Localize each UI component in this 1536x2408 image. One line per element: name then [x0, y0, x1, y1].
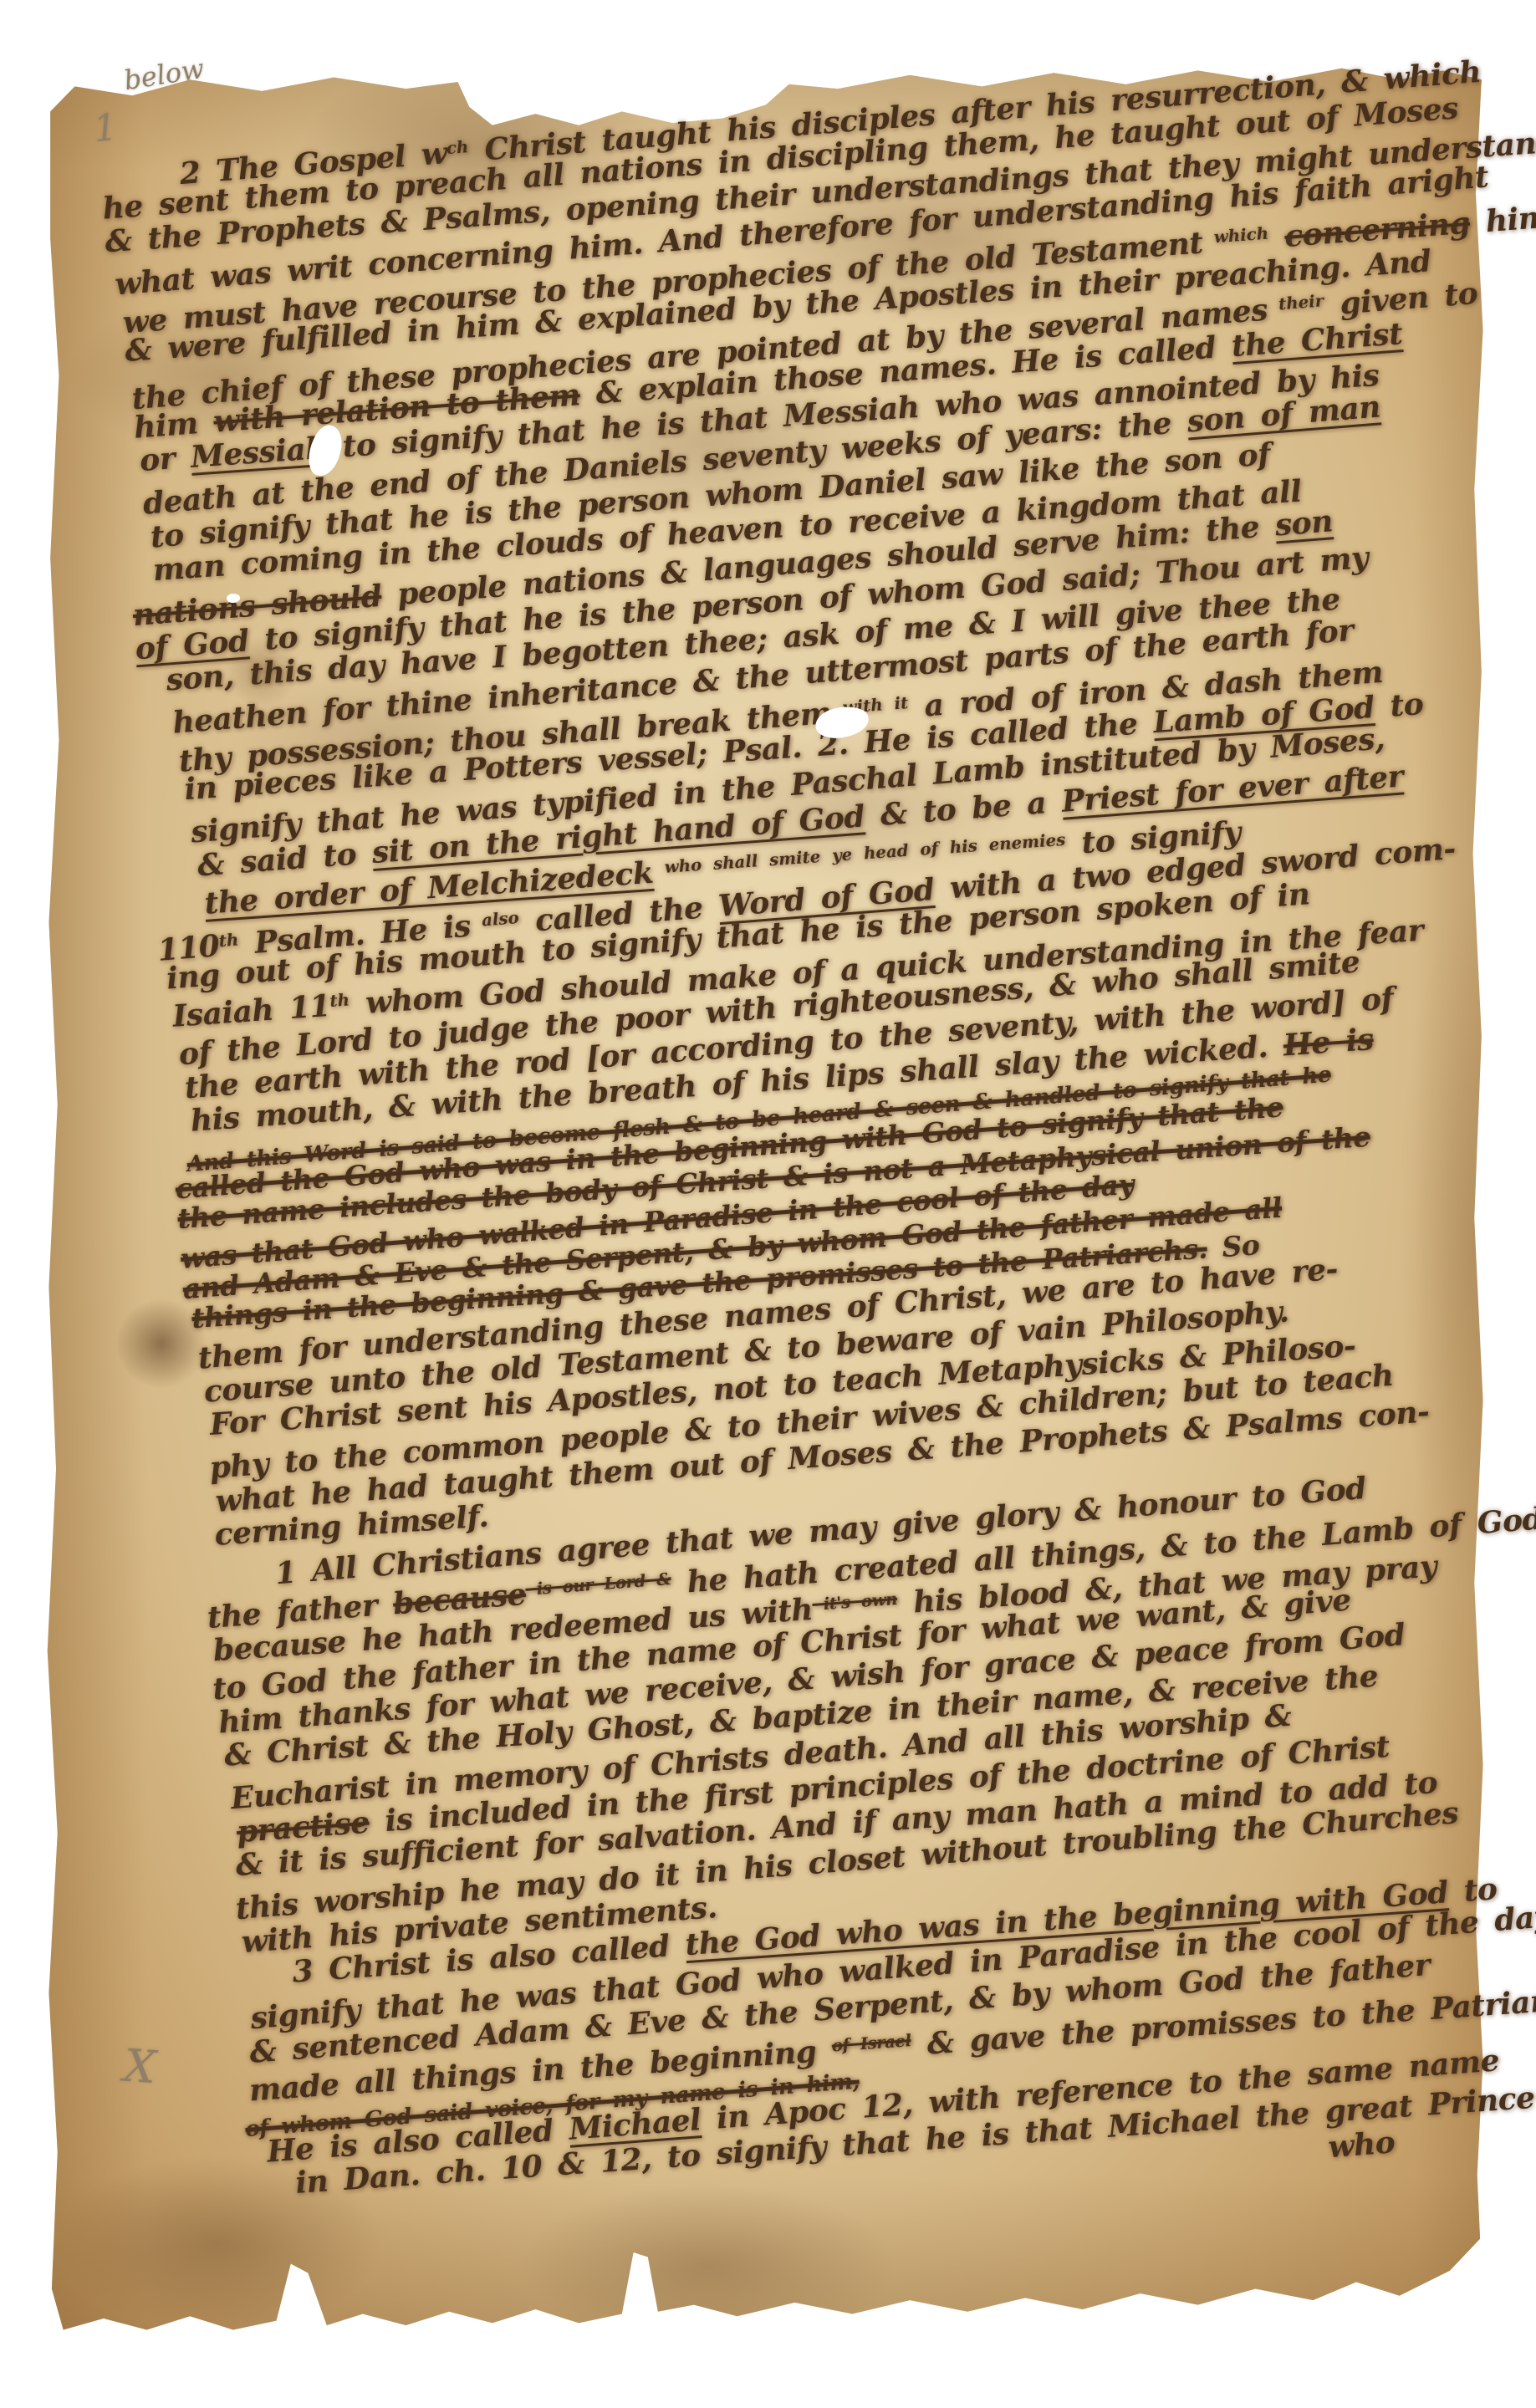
- text-segment: also: [469, 907, 519, 931]
- text-segment: their: [1266, 290, 1324, 314]
- text-segment: or: [139, 440, 192, 478]
- manuscript-text: 2 The Gospel wch Christ taught his disci…: [99, 53, 1536, 2247]
- text-segment: 110: [156, 928, 221, 968]
- text-segment: him: [1468, 200, 1536, 241]
- text-segment: of Israel: [831, 2030, 911, 2055]
- text-segment: is our Lord &: [525, 1569, 672, 1599]
- text-segment: who: [1327, 2125, 1396, 2165]
- pencil-note-number: 1: [91, 106, 119, 151]
- text-segment: ch: [446, 136, 469, 158]
- text-segment: th: [218, 929, 239, 951]
- pencil-margin-mark: X: [122, 2039, 158, 2094]
- text-segment: th: [329, 989, 350, 1011]
- underlined-phrase: son: [1273, 503, 1334, 543]
- manuscript-scan: { "palette": { "background": "#ffffff", …: [0, 0, 1536, 2408]
- text-segment: which: [1202, 223, 1269, 248]
- text-segment: it's own: [812, 1589, 898, 1615]
